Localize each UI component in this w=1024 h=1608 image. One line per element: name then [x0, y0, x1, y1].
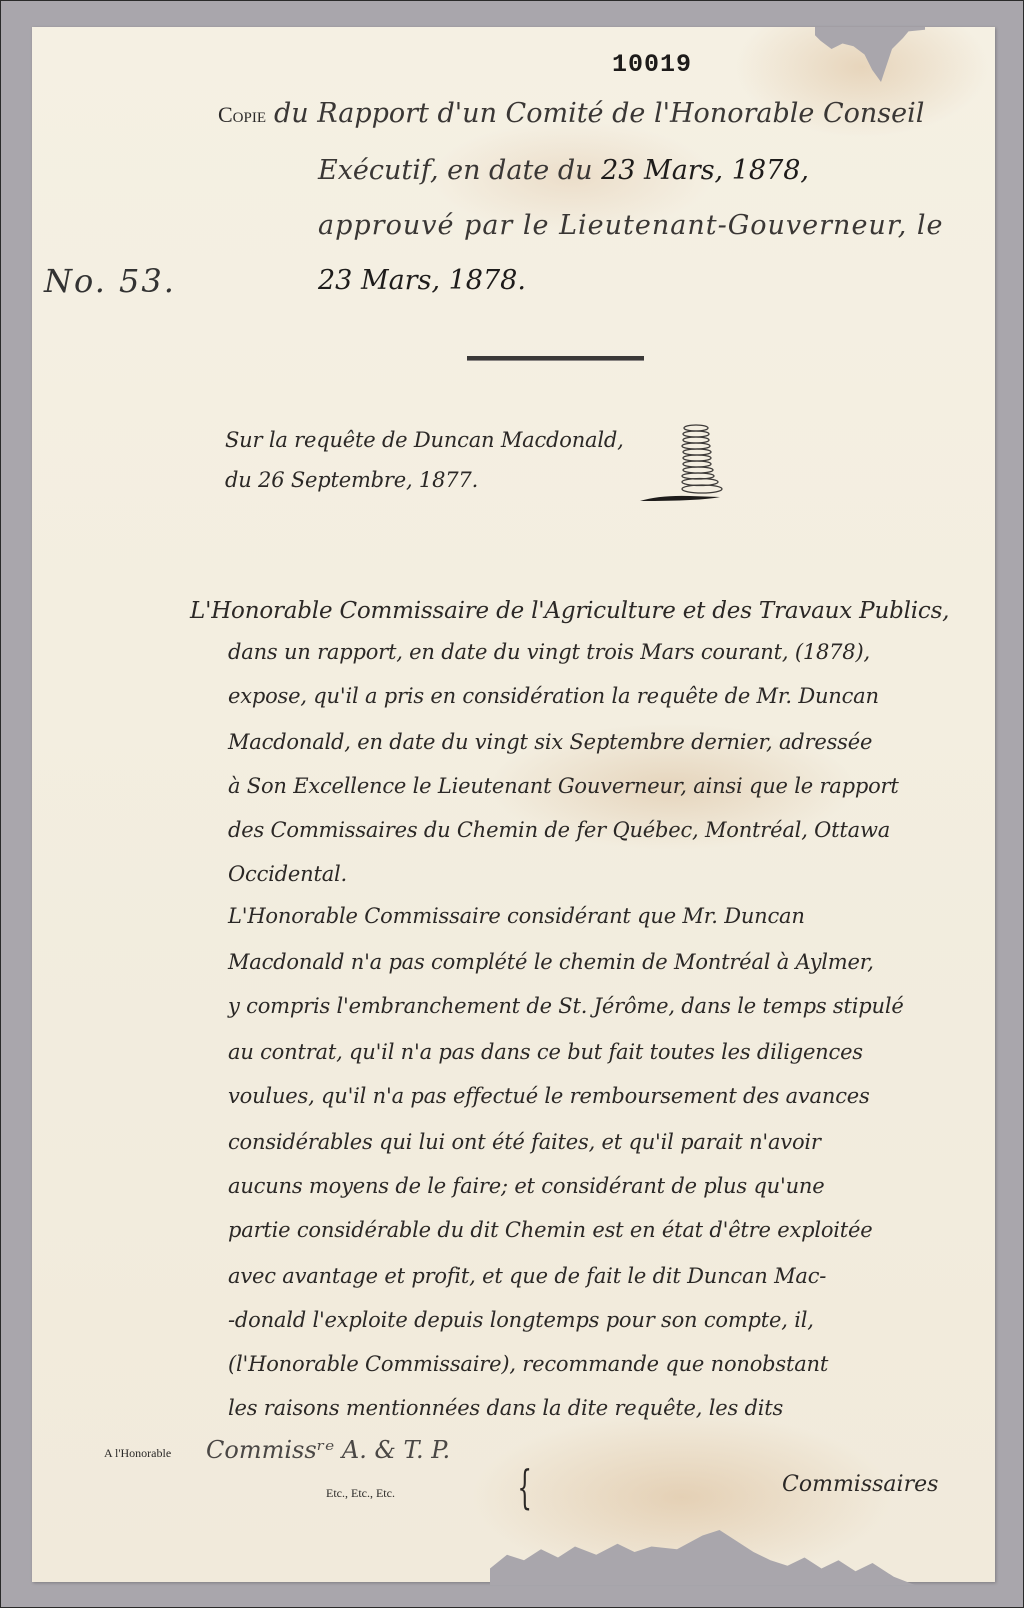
subject-line-2: du 26 Septembre, 1877. — [225, 460, 624, 500]
subject-block: Sur la requête de Duncan Macdonald, du 2… — [225, 420, 624, 500]
body-line: dans un rapport, en date du vingt trois … — [228, 640, 870, 664]
body-line: Occidental. — [228, 862, 347, 886]
body-line: expose, qu'il a pris en considération la… — [228, 684, 879, 708]
approval-date: 23 Mars, 1878. — [318, 265, 526, 296]
body-line: -donald l'exploite depuis longtemps pour… — [228, 1308, 814, 1332]
body-line: L'Honorable Commissaire de l'Agriculture… — [190, 598, 949, 624]
document-page — [32, 27, 995, 1582]
header-line-2: Exécutif, en date du 23 Mars, 1878, — [318, 155, 809, 186]
divider-rule — [467, 356, 644, 361]
body-line: y compris l'embranchement de St. Jérôme,… — [228, 994, 904, 1018]
brace-icon: { — [517, 1460, 532, 1514]
body-line: (l'Honorable Commissaire), recommande qu… — [228, 1352, 828, 1376]
body-line: considérables qui lui ont été faites, et… — [228, 1130, 821, 1154]
body-line: au contrat, qu'il n'a pas dans ce but fa… — [228, 1040, 863, 1064]
body-line: avec avantage et profit, et que de fait … — [228, 1264, 826, 1288]
pen-flourish-icon — [640, 422, 740, 512]
copie-label: Copie — [218, 102, 266, 127]
etc-label: Etc., Etc., Etc. — [326, 1486, 395, 1501]
body-line: Macdonald, en date du vingt six Septembr… — [228, 730, 872, 754]
catchword: Commissaires — [782, 1472, 938, 1497]
header-line-1: Copiedu Rapport d'un Comité de l'Honorab… — [218, 98, 924, 129]
document-number-label: No. 53. — [44, 262, 176, 300]
body-line: les raisons mentionnées dans la dite req… — [228, 1396, 783, 1420]
header-title-text: du Rapport d'un Comité de l'Honorable Co… — [274, 98, 924, 129]
body-line: voulues, qu'il n'a pas effectué le rembo… — [228, 1084, 870, 1108]
header-date-prefix: Exécutif, en date du — [318, 155, 601, 186]
header-line-3: approuvé par le Lieutenant-Gouverneur, l… — [318, 210, 944, 241]
body-line: des Commissaires du Chemin de fer Québec… — [228, 818, 890, 842]
body-line: à Son Excellence le Lieutenant Gouverneu… — [228, 774, 899, 798]
addressee-handwritten: Commissʳᵉ A. & T. P. — [206, 1436, 450, 1464]
body-line: partie considérable du dit Chemin est en… — [228, 1218, 873, 1242]
body-line: Macdonald n'a pas complété le chemin de … — [228, 950, 874, 974]
addressee-label: A l'Honorable — [104, 1446, 171, 1461]
body-line: L'Honorable Commissaire considérant que … — [228, 904, 805, 928]
council-date: 23 Mars, 1878, — [601, 155, 809, 186]
subject-line-1: Sur la requête de Duncan Macdonald, — [225, 420, 624, 460]
body-line: aucuns moyens de le faire; et considéran… — [228, 1174, 824, 1198]
stamp-number: 10019 — [612, 50, 692, 79]
